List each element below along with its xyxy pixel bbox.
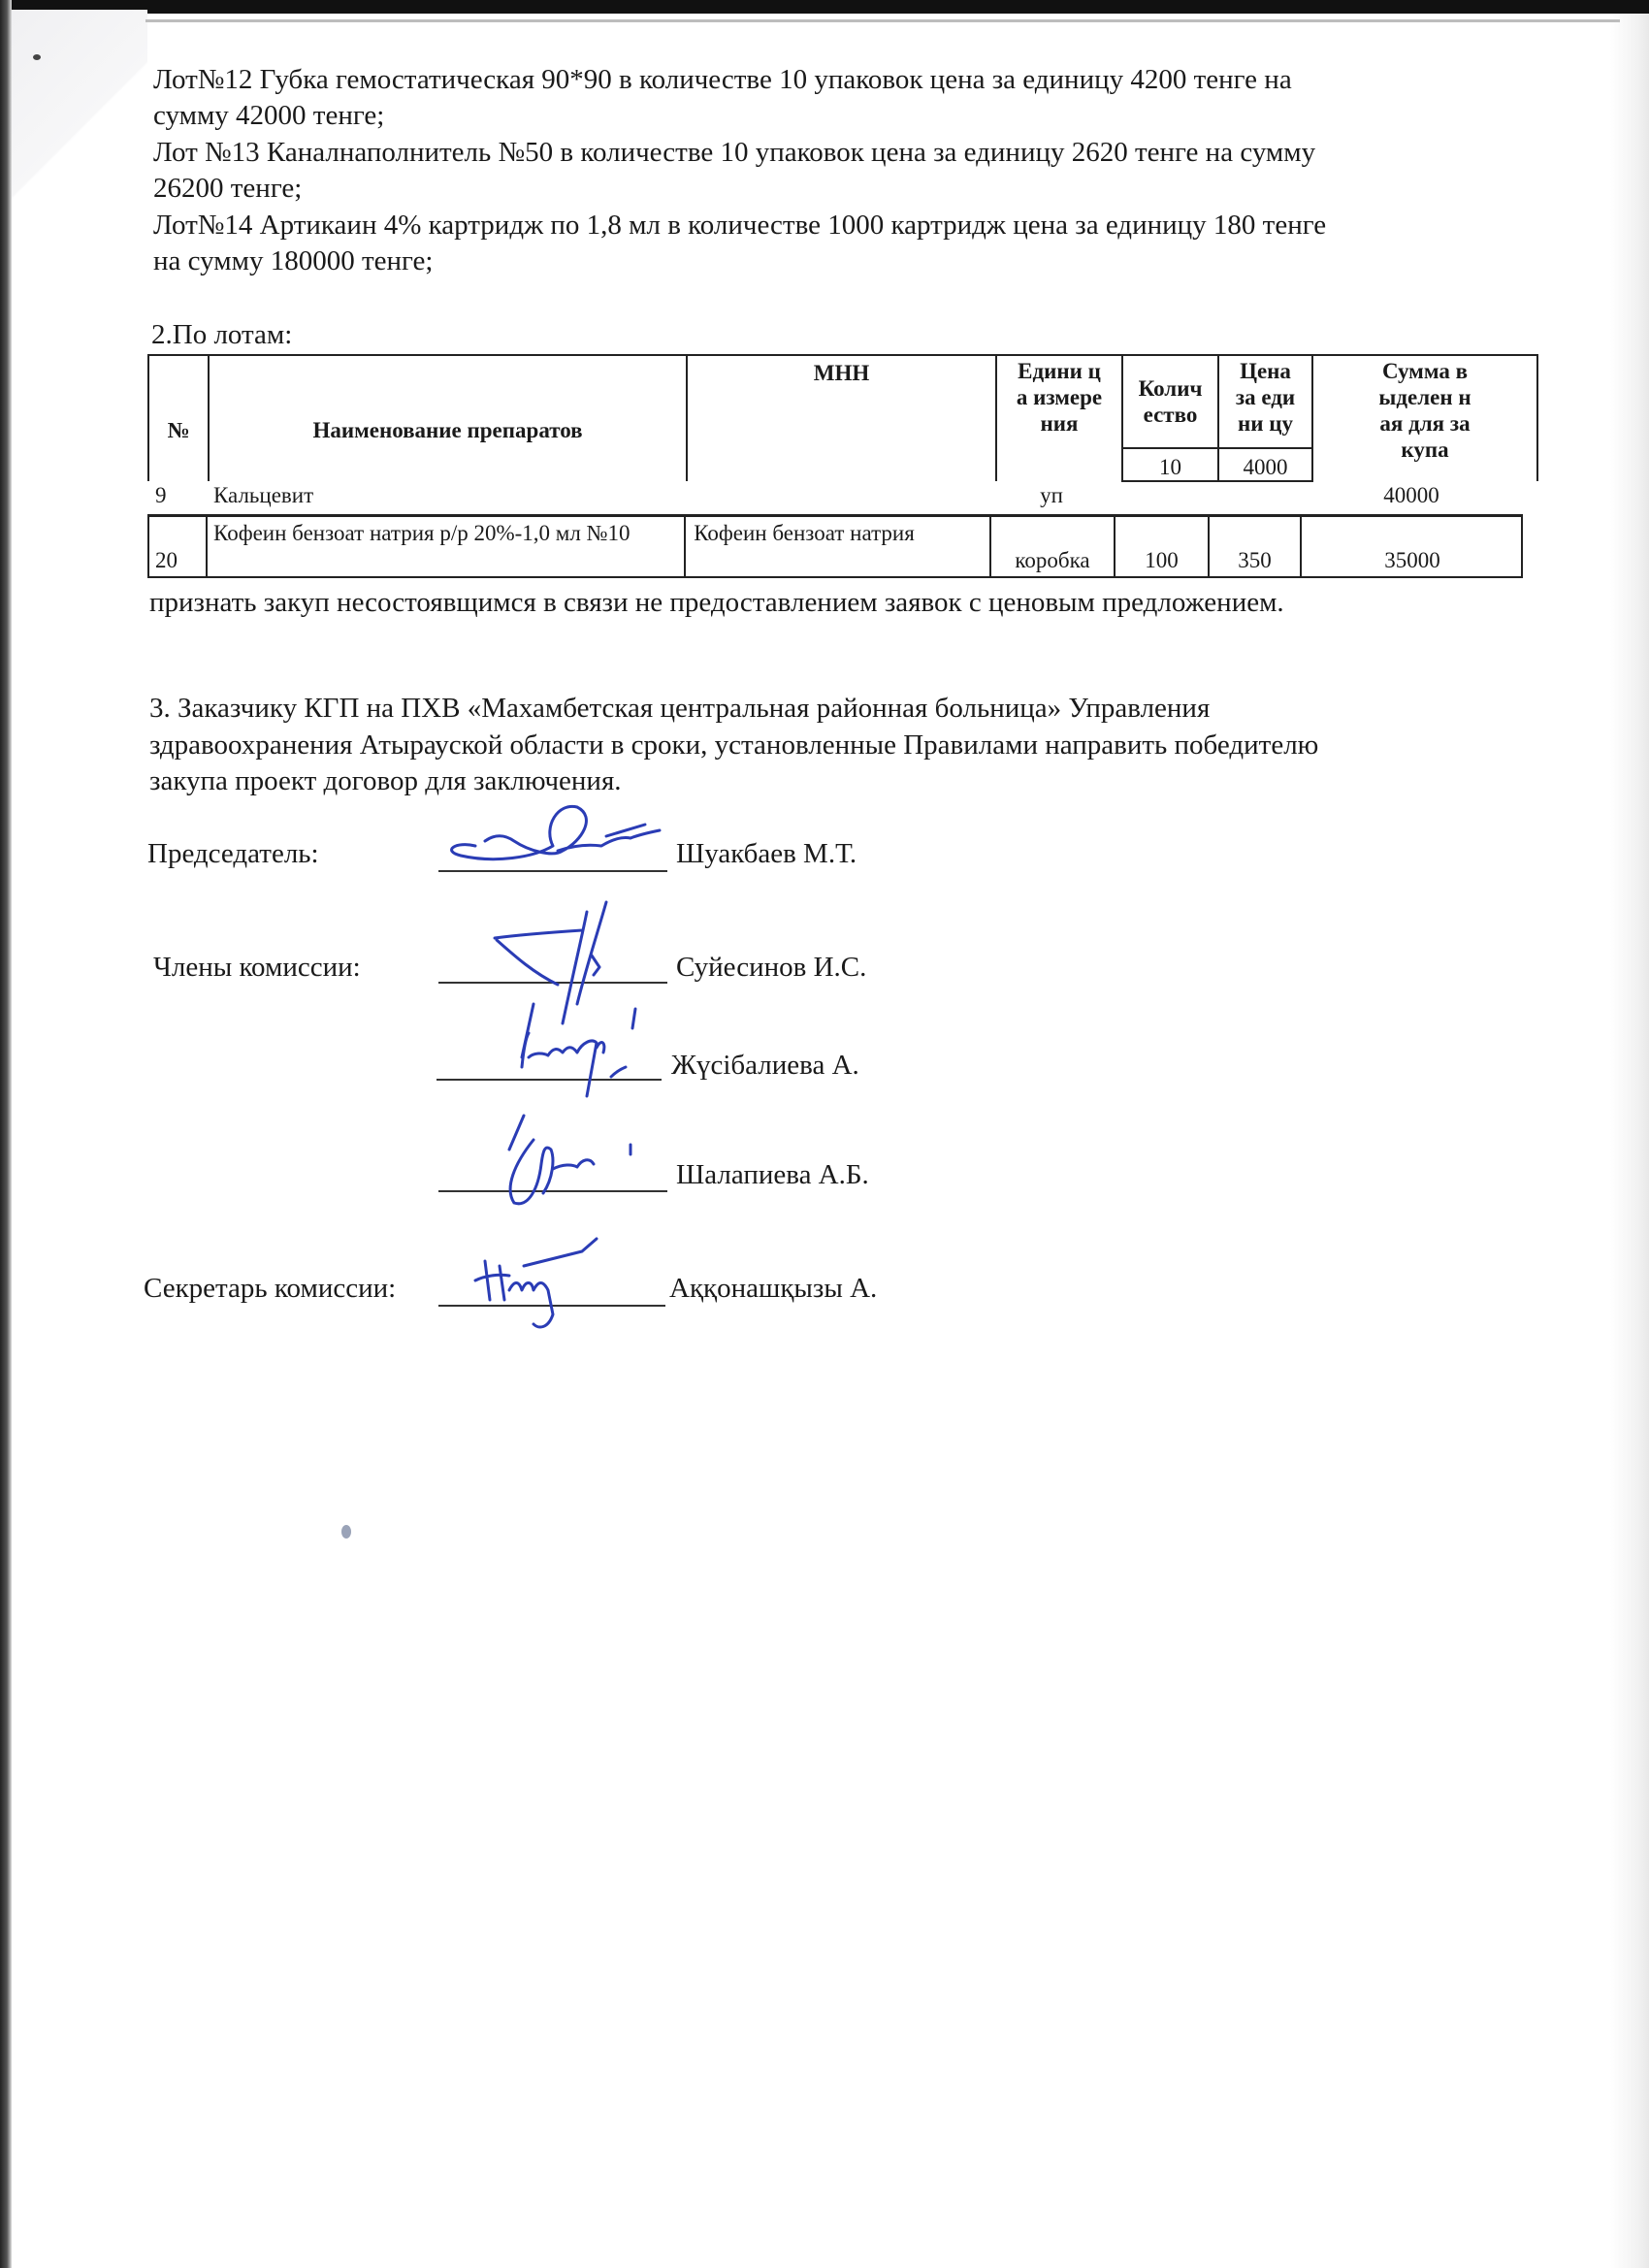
lot-13-line1: Лот №13 Каналнаполнитель №50 в количеств… [153,135,1315,171]
lot-14-line2: на сумму 180000 тенге; [153,243,433,279]
header-unit-text: Едини ца измере ния [1013,356,1106,437]
table-row-20: 20 Кофеин бензоат натрия р/р 20%-1,0 мл … [147,514,1523,578]
row-20-sum: 35000 [1302,547,1523,574]
row-9-sum: 40000 [1300,481,1523,510]
signature-member2-icon [504,999,660,1106]
scan-shadow-right [1610,14,1649,2268]
row-20-unit: коробка [991,547,1114,574]
header-price-text: Цена за едини цу [1235,356,1297,437]
page-fold-corner [12,10,147,213]
lot-14-line1: Лот№14 Артикаин 4% картридж по 1,8 мл в … [153,208,1326,243]
header-num: № [148,355,209,481]
member3-name: Шалапиева А.Б. [676,1157,869,1193]
secretary-label: Секретарь комиссии: [144,1271,396,1307]
signature-member3-icon [485,1111,679,1217]
header-mnn: МНН [687,355,996,481]
conclusion-text: признать закуп несостоявщимся в связи не… [149,585,1284,621]
header-name-text: Наименование препаратов [213,417,682,443]
lot-13-line2: 26200 тенге; [153,171,302,207]
scan-speck [33,54,41,60]
signature-chair-icon [436,797,689,875]
scan-edge-line [145,19,1620,22]
signature-secretary-icon [456,1237,650,1334]
chair-label: Председатель: [147,836,319,872]
row-9-price: 4000 [1218,448,1312,481]
header-qty: Колич ество [1122,355,1218,448]
row-20-name: Кофеин бензоат натрия р/р 20%-1,0 мл №10 [213,519,679,547]
col-divider [684,517,686,576]
row-9-name: Кальцевит [213,481,313,510]
row-20-num: 20 [155,547,178,574]
header-mnn-text: МНН [692,356,991,386]
member2-name: Жүсібалиева А. [671,1048,859,1084]
chair-name: Шуакбаев М.Т. [676,836,857,872]
row-9-num: 9 [155,481,167,510]
section-2-heading: 2.По лотам: [151,317,292,353]
row-20-price: 350 [1210,547,1300,574]
row-20-mnn: Кофеин бензоат натрия [693,519,916,547]
header-sum-text: Сумма выделен ная для закупа [1378,356,1471,463]
header-sum: Сумма выделен ная для закупа [1312,355,1537,481]
secretary-name: Аққонашқызы А. [669,1271,877,1307]
lot-12-line2: сумму 42000 тенге; [153,98,384,134]
scan-speck [341,1525,351,1539]
member1-name: Суйесинов И.С. [676,950,866,986]
row-20-qty: 100 [1115,547,1208,574]
section-3-line3: закупа проект договор для заключения. [149,763,622,799]
header-price: Цена за едини цу [1218,355,1312,448]
col-divider [206,517,208,576]
section-3-line2: здравоохранения Атырауской области в сро… [149,728,1318,763]
row-9-unit: уп [989,481,1114,510]
section-3-line1: 3. Заказчику КГП на ПХВ «Махамбетская це… [149,691,1210,727]
lot-12-line1: Лот№12 Губка гемостатическая 90*90 в кол… [153,62,1292,98]
scan-border-left [0,0,12,2268]
header-qty-text: Колич ество [1135,375,1207,428]
header-num-text: № [153,417,204,443]
lots-table: № Наименование препаратов МНН Едини ца и… [147,354,1538,481]
scan-border-top [0,0,1649,14]
members-label: Члены комиссии: [153,950,361,986]
header-unit: Едини ца измере ния [996,355,1122,481]
row-9-qty: 10 [1122,448,1218,481]
header-name: Наименование препаратов [209,355,687,481]
